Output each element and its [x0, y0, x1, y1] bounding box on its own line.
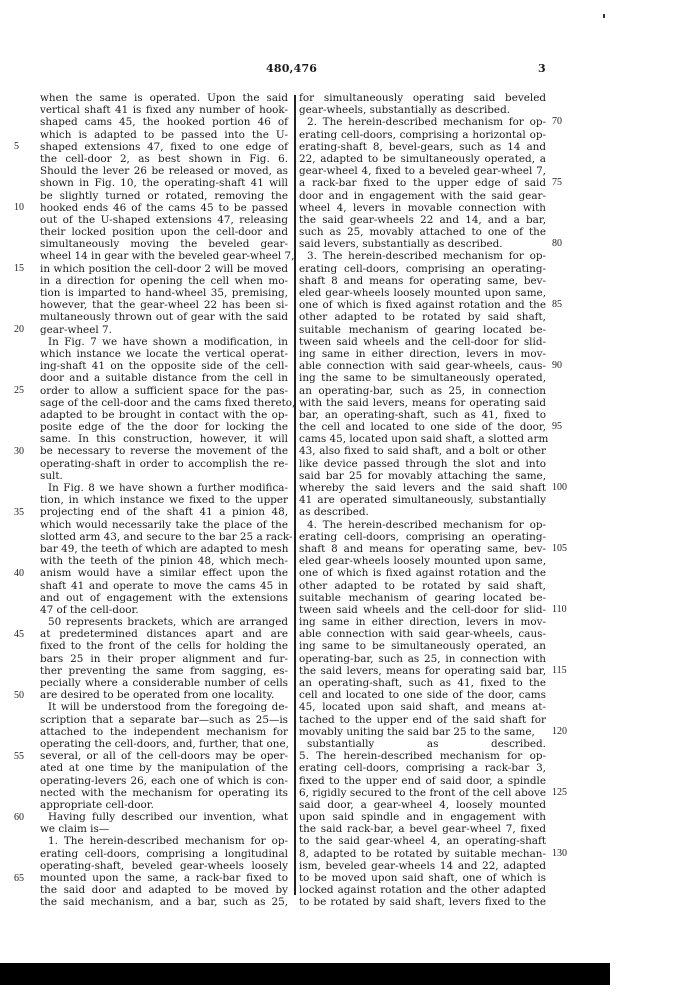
- line-number: 55: [14, 751, 24, 762]
- text-line: the said gear-wheels 22 and 14, and a ba…: [299, 214, 546, 226]
- text-line: we claim is—: [40, 823, 288, 835]
- text-line: posite edge of the the door for locking …: [40, 421, 288, 433]
- text-line: an operating-bar, such as 25, in connect…: [299, 385, 546, 397]
- text-line: ing same to be simultaneously operated, …: [299, 640, 546, 652]
- text-line: erating cell-doors, comprising a horizon…: [299, 129, 546, 141]
- text-line: able connection with said gear-wheels, c…: [299, 360, 546, 372]
- text-line: operating-shaft, beveled gear-wheels loo…: [40, 860, 288, 872]
- line-number: 90: [552, 360, 562, 371]
- text-line: suitable mechanism of gearing located be…: [299, 324, 546, 336]
- text-line: ing same in either direction, levers in …: [299, 348, 546, 360]
- text-line: bar, an operating-shaft, such as 41, fix…: [299, 409, 546, 421]
- text-line: the said mechanism, and a bar, such as 2…: [40, 896, 288, 908]
- text-line: 5. The herein-described mechanism for op…: [299, 750, 546, 762]
- text-line: ism, beveled gear-wheels 14 and 22, adap…: [299, 860, 546, 872]
- text-line: in a direction for opening the cell when…: [40, 275, 288, 287]
- text-line: ing the same to be simultaneously operat…: [299, 372, 546, 384]
- text-line: shaft 8 and means for operating same, be…: [299, 275, 546, 287]
- line-number: 15: [14, 263, 24, 274]
- text-line: sage of the cell-door and the cams fixed…: [40, 397, 288, 409]
- line-number: 50: [14, 690, 24, 701]
- scan-border-bar: [0, 963, 610, 985]
- text-line: tion, in which instance we fixed to the …: [40, 494, 288, 506]
- text-line: other adapted to be rotated by said shaf…: [299, 311, 546, 323]
- text-line: to be moved upon said shaft, one of whic…: [299, 872, 546, 884]
- left-text-column: when the same is operated. Upon the said…: [40, 92, 288, 909]
- text-line: operating-shaft in order to accomplish t…: [40, 458, 288, 470]
- text-line: substantially as described.: [299, 738, 546, 750]
- text-line: with the teeth of the pinion 48, which m…: [40, 555, 288, 567]
- patent-number: 480,476: [266, 62, 317, 75]
- text-line: gear-wheel 4, fixed to a beveled gear-wh…: [299, 165, 546, 177]
- text-line: to be rotated by said shaft, levers fixe…: [299, 896, 546, 908]
- text-line: shaped extensions 47, fixed to one edge …: [40, 141, 288, 153]
- text-line: with the said levers, means for operatin…: [299, 397, 546, 409]
- text-line: nected with the mechanism for operating …: [40, 787, 288, 799]
- text-line: bar 49, the teeth of which are adapted t…: [40, 543, 288, 555]
- text-line: appropriate cell-door.: [40, 799, 288, 811]
- text-line: Should the lever 26 be released or moved…: [40, 165, 288, 177]
- text-line: In Fig. 8 we have shown a further modifi…: [40, 482, 288, 494]
- page-number: 3: [538, 62, 546, 75]
- line-number: 10: [14, 202, 24, 213]
- text-line: It will be understood from the foregoing…: [40, 701, 288, 713]
- text-line: slotted arm 43, and secure to the bar 25…: [40, 531, 288, 543]
- text-line: 47 of the cell-door.: [40, 604, 288, 616]
- text-line: said bar 25 for movably attaching the sa…: [299, 470, 546, 482]
- text-line: operating-bar, such as 25, in connection…: [299, 653, 546, 665]
- text-line: bars 25 in their proper alignment and fu…: [40, 653, 288, 665]
- text-line: cams 45, located upon said shaft, a slot…: [299, 433, 546, 445]
- text-line: 6, rigidly secured to the front of the c…: [299, 787, 546, 799]
- text-line: tween said wheels and the cell-door for …: [299, 336, 546, 348]
- text-line: projecting end of the shaft 41 a pinion …: [40, 506, 288, 518]
- text-line: 45, located upon said shaft, and means a…: [299, 701, 546, 713]
- text-line: out of the U-shaped extensions 47, relea…: [40, 214, 288, 226]
- line-number: 40: [14, 568, 24, 579]
- line-number: 70: [552, 116, 562, 127]
- text-line: wheel 14 in gear with the beveled gear-w…: [40, 250, 288, 262]
- line-number: 100: [552, 482, 567, 493]
- text-line: 22, adapted to be simultaneously operate…: [299, 153, 546, 165]
- text-line: other adapted to be rotated by said shaf…: [299, 580, 546, 592]
- text-line: the said door and adapted to be moved by: [40, 884, 288, 896]
- text-line: door and in engagement with the said gea…: [299, 190, 546, 202]
- text-line: such as 25, movably attached to one of t…: [299, 226, 546, 238]
- text-line: Having fully described our invention, wh…: [40, 811, 288, 823]
- right-text-column: for simultaneously operating said bevele…: [299, 92, 546, 909]
- text-line: one of which is fixed against rotation a…: [299, 567, 546, 579]
- line-number: 30: [14, 446, 24, 457]
- text-line: In Fig. 7 we have shown a modification, …: [40, 336, 288, 348]
- line-number: 120: [552, 726, 567, 737]
- text-line: at predetermined distances apart and are: [40, 628, 288, 640]
- text-line: 2. The herein-described mechanism for op…: [299, 116, 546, 128]
- line-number: 25: [14, 385, 24, 396]
- line-number: 60: [14, 812, 24, 823]
- text-line: 8, adapted to be rotated by suitable mec…: [299, 848, 546, 860]
- text-line: one of which is fixed against rotation a…: [299, 299, 546, 311]
- text-line: sult.: [40, 470, 288, 482]
- text-line: like device passed through the slot and …: [299, 458, 546, 470]
- text-line: hooked ends 46 of the cams 45 to be pass…: [40, 202, 288, 214]
- text-line: simultaneously moving the beveled gear-: [40, 238, 288, 250]
- text-line: 1. The herein-described mechanism for op…: [40, 835, 288, 847]
- text-line: tion is imparted to hand-wheel 35, premi…: [40, 287, 288, 299]
- text-line: adapted to be brought in contact with th…: [40, 409, 288, 421]
- text-line: which would necessarily take the place o…: [40, 519, 288, 531]
- text-line: attached to the independent mechanism fo…: [40, 726, 288, 738]
- line-number: 80: [552, 238, 562, 249]
- text-line: a rack-bar fixed to the upper edge of sa…: [299, 177, 546, 189]
- text-line: fixed to the upper end of said door, a s…: [299, 775, 546, 787]
- text-line: operating-levers 26, each one of which i…: [40, 775, 288, 787]
- text-line: however, that the gear-wheel 22 has been…: [40, 299, 288, 311]
- text-line: said levers, substantially as described.: [299, 238, 546, 250]
- text-line: erating cell-doors, comprising an operat…: [299, 263, 546, 275]
- text-line: suitable mechanism of gearing located be…: [299, 592, 546, 604]
- text-line: ing-shaft 41 on the opposite side of the…: [40, 360, 288, 372]
- line-number: 45: [14, 629, 24, 640]
- scan-speck: [603, 14, 605, 18]
- line-number: 5: [14, 141, 19, 152]
- line-number: 20: [14, 324, 24, 335]
- text-line: upon said spindle and in engagement with: [299, 811, 546, 823]
- text-line: to the said gear-wheel 4, an operating-s…: [299, 835, 546, 847]
- text-line: 3. The herein-described mechanism for op…: [299, 250, 546, 262]
- text-line: movably uniting the said bar 25 to the s…: [299, 726, 546, 738]
- text-line: which instance we locate the vertical op…: [40, 348, 288, 360]
- text-line: fixed to the front of the cells for hold…: [40, 640, 288, 652]
- text-line: erating cell-doors, comprising a rack-ba…: [299, 762, 546, 774]
- text-line: 50 represents brackets, which are arrang…: [40, 616, 288, 628]
- text-line: erating cell-doors, comprising an operat…: [299, 531, 546, 543]
- text-line: 41 are operated simultaneously, substant…: [299, 494, 546, 506]
- text-line: erating-shaft 8, bevel-gears, such as 14…: [299, 141, 546, 153]
- text-line: cell and located to one side of the door…: [299, 689, 546, 701]
- text-line: operating the cell-doors, and, further, …: [40, 738, 288, 750]
- text-line: door and a suitable distance from the ce…: [40, 372, 288, 384]
- text-line: pecially where a considerable number of …: [40, 677, 288, 689]
- text-line: erating cell-doors, comprising a longitu…: [40, 848, 288, 860]
- text-line: their locked position upon the cell-door…: [40, 226, 288, 238]
- text-line: tached to the upper end of the said shaf…: [299, 714, 546, 726]
- line-number: 65: [14, 873, 24, 884]
- text-line: several, or all of the cell-doors may be…: [40, 750, 288, 762]
- text-line: 43, also fixed to said shaft, and a bolt…: [299, 445, 546, 457]
- text-line: ther preventing the same from sagging, e…: [40, 665, 288, 677]
- text-line: and out of engagement with the extension…: [40, 592, 288, 604]
- column-divider: [294, 95, 296, 895]
- text-line: for simultaneously operating said bevele…: [299, 92, 546, 104]
- text-line: mounted upon the same, a rack-bar fixed …: [40, 872, 288, 884]
- line-number: 115: [552, 665, 567, 676]
- text-line: 4. The herein-described mechanism for op…: [299, 519, 546, 531]
- text-line: tween said wheels and the cell-door for …: [299, 604, 546, 616]
- text-line: shaped cams 45, the hooked portion 46 of: [40, 116, 288, 128]
- text-line: an operating-shaft, such as 41, fixed to…: [299, 677, 546, 689]
- text-line: when the same is operated. Upon the said: [40, 92, 288, 104]
- text-line: as described.: [299, 506, 546, 518]
- text-line: wheel 4, levers in movable connection wi…: [299, 202, 546, 214]
- text-line: whereby the said levers and the said sha…: [299, 482, 546, 494]
- text-line: the cell and located to one side of the …: [299, 421, 546, 433]
- line-number: 35: [14, 507, 24, 518]
- text-line: the said rack-bar, a bevel gear-wheel 7,…: [299, 823, 546, 835]
- text-line: in which position the cell-door 2 will b…: [40, 263, 288, 275]
- text-line: be necessary to reverse the movement of …: [40, 445, 288, 457]
- text-line: order to allow a sufficient space for th…: [40, 385, 288, 397]
- text-line: the cell-door 2, as best shown in Fig. 6…: [40, 153, 288, 165]
- text-line: scription that a separate bar—such as 25…: [40, 714, 288, 726]
- text-line: gear-wheels, substantially as described.: [299, 104, 546, 116]
- line-number: 75: [552, 177, 562, 188]
- text-line: eled gear-wheels loosely mounted upon sa…: [299, 287, 546, 299]
- text-line: shaft 41 and operate to move the cams 45…: [40, 580, 288, 592]
- line-number: 125: [552, 787, 567, 798]
- text-line: said door, a gear-wheel 4, loosely mount…: [299, 799, 546, 811]
- text-line: the said levers, means for operating sai…: [299, 665, 546, 677]
- text-line: eled gear-wheels loosely mounted upon sa…: [299, 555, 546, 567]
- text-line: vertical shaft 41 is fixed any number of…: [40, 104, 288, 116]
- text-line: which is adapted to be passed into the U…: [40, 129, 288, 141]
- text-line: are desired to be operated from one loca…: [40, 689, 288, 701]
- text-line: ated at one time by the manipulation of …: [40, 762, 288, 774]
- text-line: anism would have a similar effect upon t…: [40, 567, 288, 579]
- line-number: 105: [552, 543, 567, 554]
- text-line: same. In this construction, however, it …: [40, 433, 288, 445]
- text-line: ing same in either direction, levers in …: [299, 616, 546, 628]
- text-line: shaft 8 and means for operating same, be…: [299, 543, 546, 555]
- text-line: able connection with said gear-wheels, c…: [299, 628, 546, 640]
- line-number: 85: [552, 299, 562, 310]
- line-number: 130: [552, 848, 567, 859]
- line-number: 95: [552, 421, 562, 432]
- text-line: locked against rotation and the other ad…: [299, 884, 546, 896]
- text-line: be slightly turned or rotated, removing …: [40, 190, 288, 202]
- line-number: 110: [552, 604, 567, 615]
- text-line: shown in Fig. 10, the operating-shaft 41…: [40, 177, 288, 189]
- text-line: multaneously thrown out of gear with the…: [40, 311, 288, 323]
- text-line: gear-wheel 7.: [40, 324, 288, 336]
